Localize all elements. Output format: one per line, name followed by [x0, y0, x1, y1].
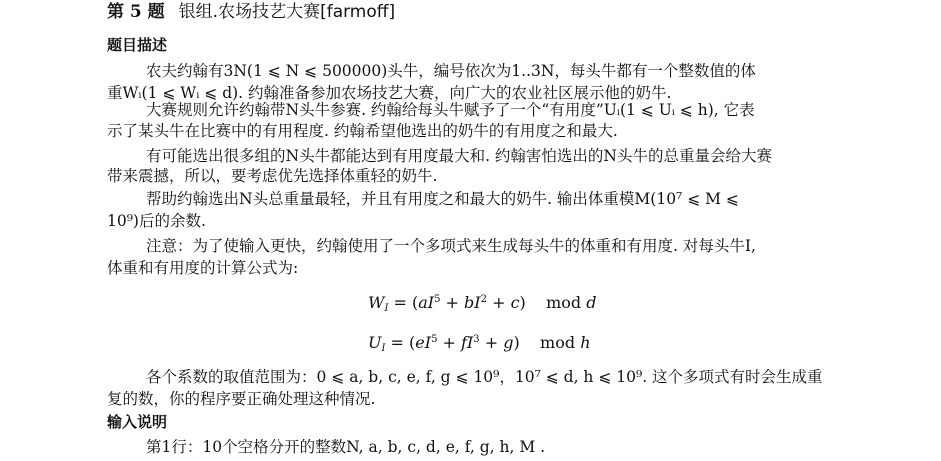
paragraph-3-line-2: 带来震撼，所以，要考虑优先选择体重轻的奶牛. [107, 166, 437, 186]
description-heading: 题目描述 [107, 35, 167, 55]
paragraph-6-line-2: 复的数，你的程序要正确处理这种情况. [107, 389, 375, 409]
usefulness-formula: U_I = (eI^5 + fI^3 + g) mod h UI = (eI5 … [368, 332, 591, 354]
paragraph-2-line-1: 大赛规则允许约翰带N头牛参赛. 约翰给每头牛赋予了一个“有用度”Uᵢ(1 ⩽ U… [146, 100, 755, 120]
input-heading: 输入说明 [107, 412, 167, 432]
paragraph-4-line-1: 帮助约翰选出N头总重量最轻，并且有用度之和最大的奶牛. 输出体重模M(10⁷ ⩽… [146, 189, 739, 209]
problem-number: 第 5 题 [107, 2, 165, 22]
problem-title: 第 5 题银组.农场技艺大赛[farmoff] [107, 0, 395, 24]
paragraph-2-line-2: 示了某头牛在比赛中的有用程度. 约翰希望他选出的奶牛的有用度之和最大. [107, 121, 618, 141]
paragraph-4-line-2: 10⁹)后的余数. [107, 211, 206, 231]
problem-name: 银组.农场技艺大赛[farmoff] [179, 2, 395, 22]
input-line-1: 第1行：10个空格分开的整数N, a, b, c, d, e, f, g, h,… [146, 437, 545, 457]
paragraph-1-line-1: 农夫约翰有3N(1 ⩽ N ⩽ 500000)头牛，编号依次为1..3N，每头牛… [146, 61, 756, 81]
paragraph-5-line-1: 注意：为了使输入更快，约翰使用了一个多项式来生成每头牛的体重和有用度. 对每头牛… [146, 236, 756, 256]
paragraph-3-line-1: 有可能选出很多组的N头牛都能达到有用度最大和. 约翰害怕选出的N头牛的总重量会给… [146, 146, 772, 166]
paragraph-5-line-2: 体重和有用度的计算公式为: [107, 258, 298, 278]
paragraph-6-line-1: 各个系数的取值范围为：0 ⩽ a, b, c, e, f, g ⩽ 10⁹，10… [146, 367, 823, 387]
weight-formula: W_I = (aI^5 + bI^2 + c) mod d WI = (aI5 … [368, 292, 597, 314]
